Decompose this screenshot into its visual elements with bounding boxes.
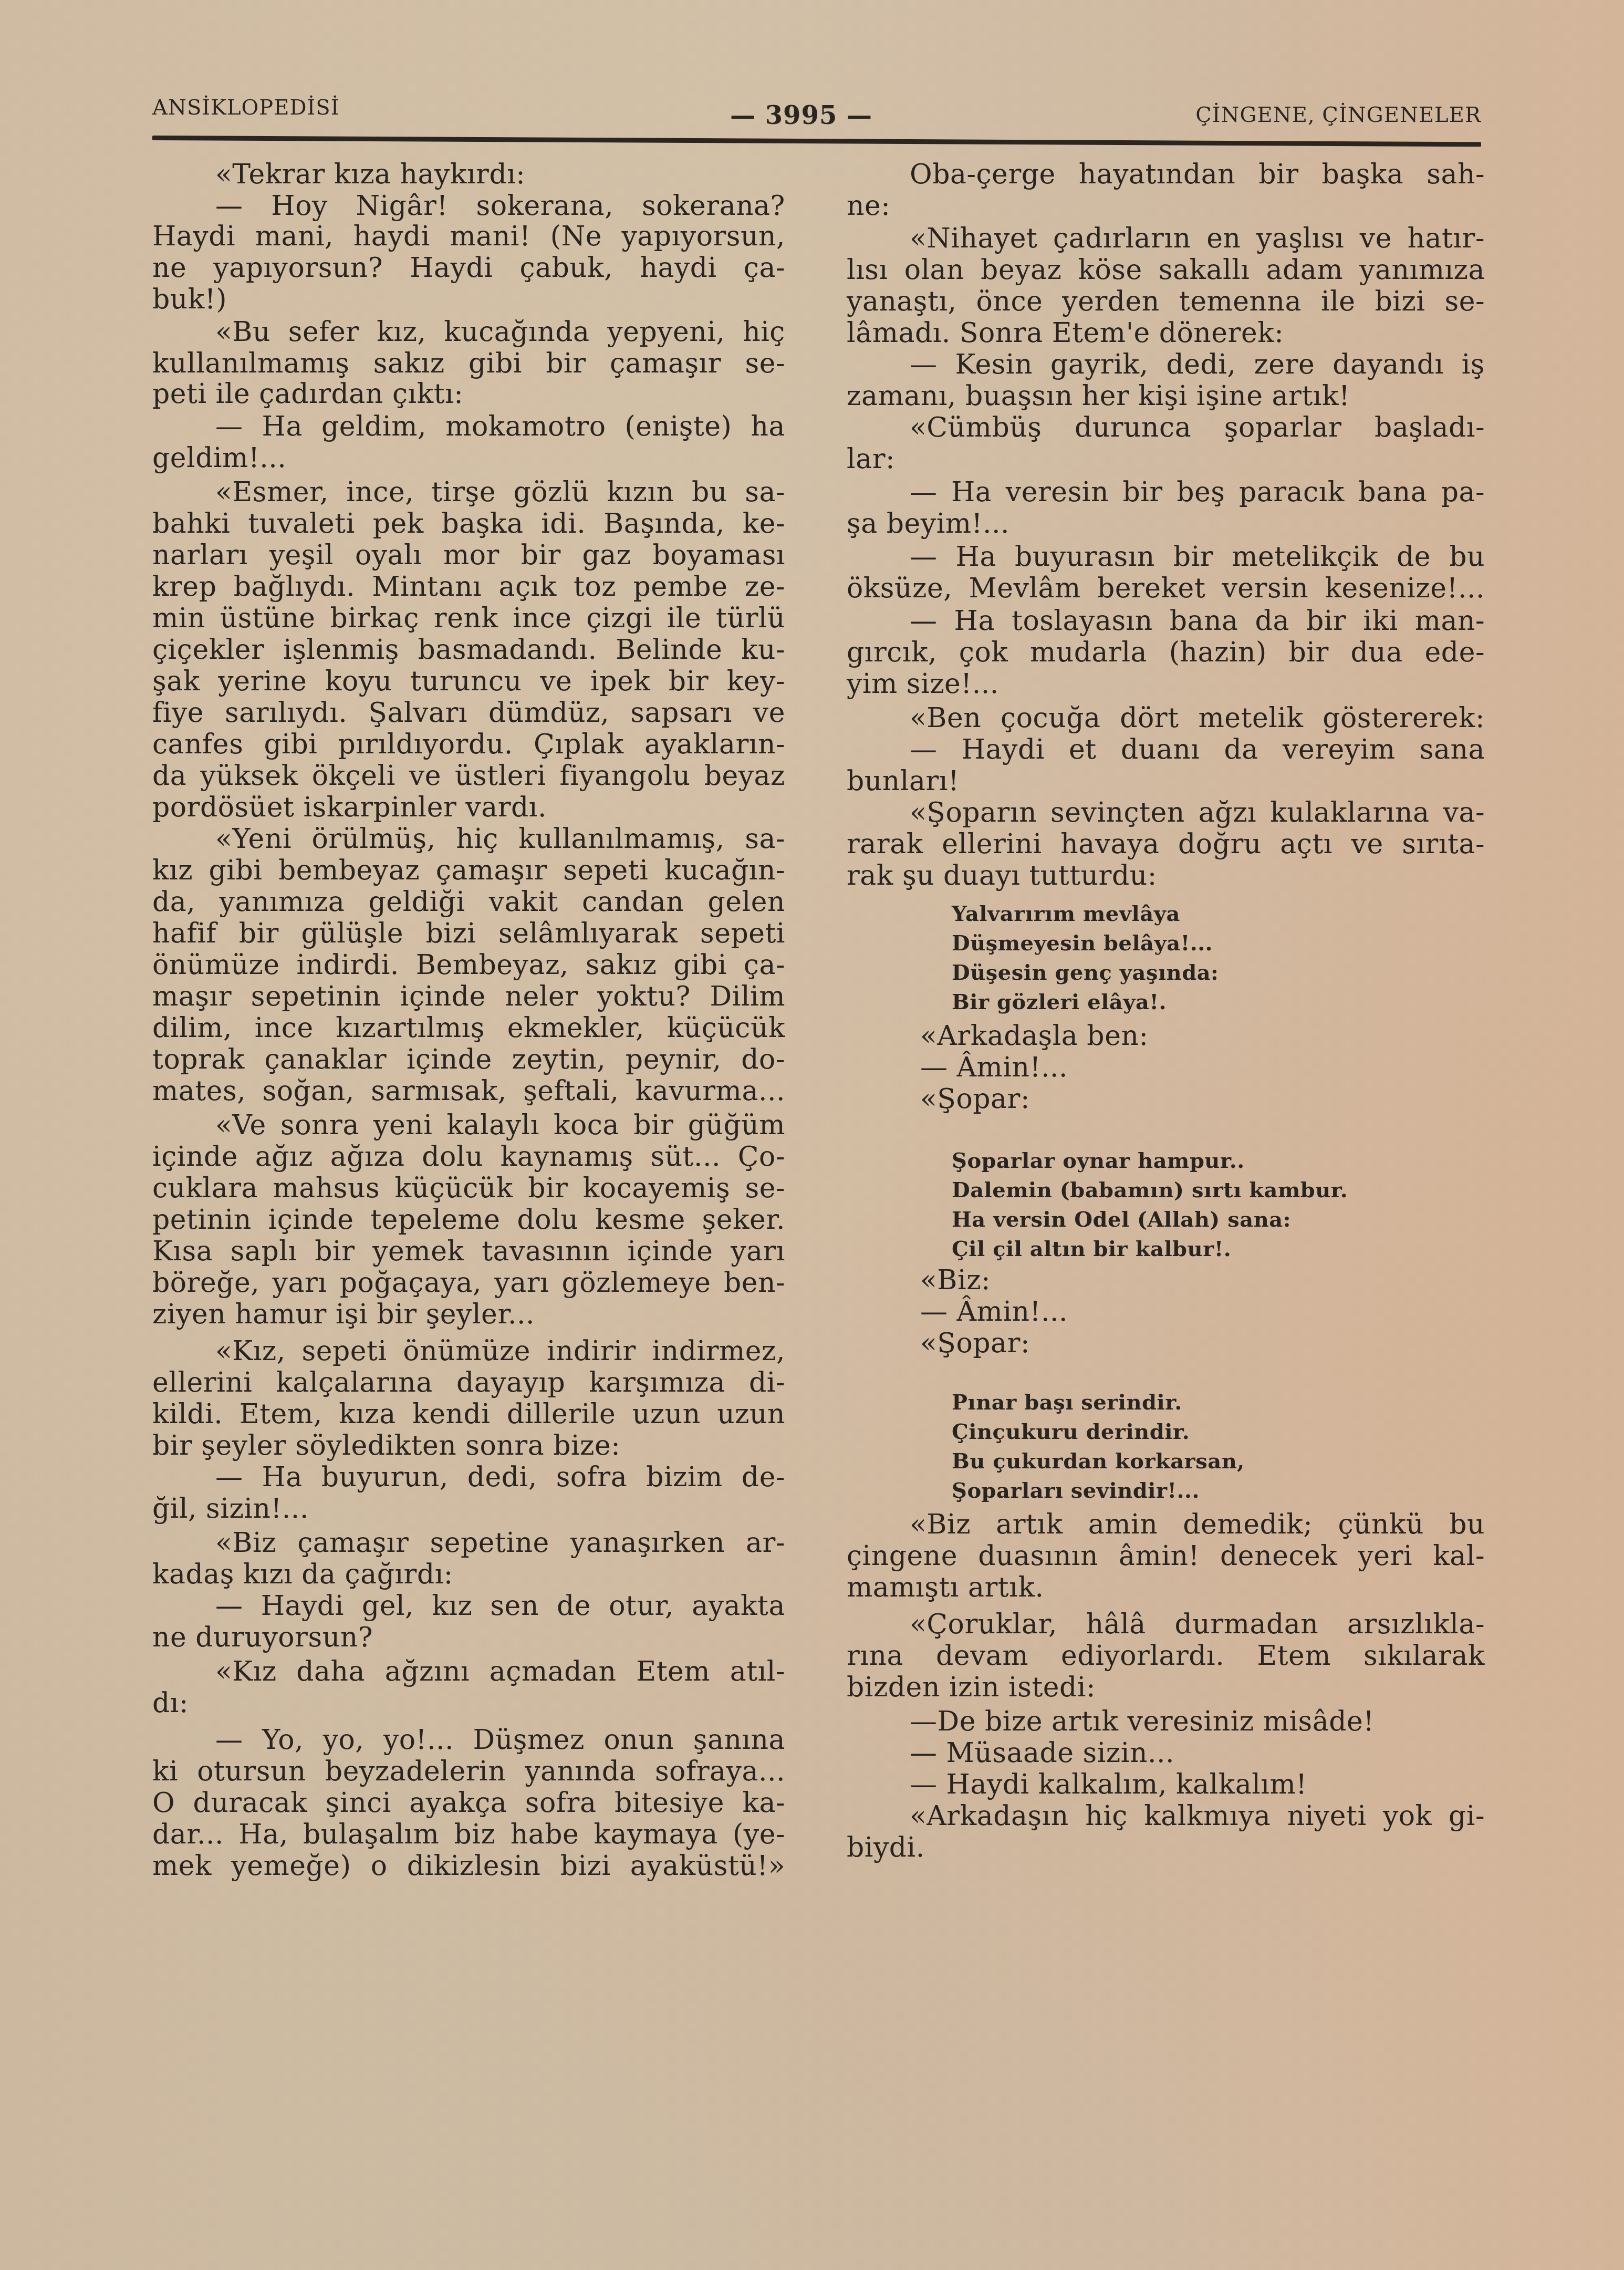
- text-line: çingene duasının âmin! denecek yeri kal-: [847, 1539, 1485, 1573]
- text-line: bir şeyler söyledikten sonra bize:: [152, 1429, 785, 1463]
- text-line: O duracak şinci ayakça sofra bitesiye ka…: [152, 1786, 785, 1820]
- text-line: «Arkadaşın hiç kalkmıya niyeti yok gi-: [847, 1799, 1485, 1833]
- text-line: «Nihayet çadırların en yaşlısı ve hatır-: [847, 222, 1485, 255]
- text-line: da yüksek ökçeli ve üstleri fiyangolu be…: [152, 759, 785, 793]
- text-line: gırcık, çok mudarla (hazin) bir dua ede-: [847, 636, 1485, 669]
- text-line: — Âmin!...: [847, 1051, 1485, 1084]
- text-line: bahki tuvaleti pek başka idi. Başında, k…: [152, 507, 785, 541]
- text-line: min üstüne birkaç renk ince çizgi ile tü…: [152, 602, 785, 635]
- text-line: ne:: [847, 189, 1485, 223]
- text-line: yanaştı, önce yerden temenna ile bizi se…: [847, 285, 1485, 318]
- verse-line: Dalemin (babamın) sırtı kambur.: [952, 1175, 1348, 1206]
- page-number: — 3995 —: [730, 101, 872, 130]
- page-header: ANSİKLOPEDİSİ — 3995 — ÇİNGENE, ÇİNGENEL…: [152, 95, 1481, 137]
- verse-line: Pınar başı serindir.: [952, 1387, 1182, 1418]
- text-line: şak yerine koyu turuncu ve ipek bir key-: [152, 665, 785, 698]
- text-line: «Şoparın sevinçten ağzı kulaklarına va-: [847, 796, 1485, 830]
- text-line: maşır sepetinin içinde neler yoktu? Dili…: [152, 980, 785, 1013]
- text-line: kildi. Etem, kıza kendi dillerile uzun u…: [152, 1397, 785, 1431]
- text-line: ki otursun beyzadelerin yanında sofraya.…: [152, 1755, 785, 1788]
- text-line: zamanı, buaşsın her kişi işine artık!: [847, 379, 1485, 413]
- text-line: «Tekrar kıza haykırdı:: [152, 158, 785, 191]
- text-line: «Şopar:: [847, 1082, 1485, 1116]
- text-line: bunları!: [847, 764, 1485, 798]
- text-line: böreğe, yarı poğaçaya, yarı gözlemeye be…: [152, 1266, 785, 1300]
- text-line: toprak çanaklar içinde zeytin, peynir, d…: [152, 1043, 785, 1076]
- text-line: «Çoruklar, hâlâ durmadan arsızlıkla-: [847, 1608, 1485, 1641]
- text-line: dilim, ince kızartılmış ekmekler, küçücü…: [152, 1011, 785, 1045]
- text-line: «Biz artık amin demedik; çünkü bu: [847, 1508, 1485, 1541]
- text-line: ne yapıyorsun? Haydi çabuk, haydi ça-: [152, 251, 785, 285]
- text-line: pordösüet iskarpinler vardı.: [152, 791, 785, 824]
- text-line: «Arkadaşla ben:: [847, 1019, 1485, 1053]
- verse-line: Çinçukuru derindir.: [952, 1416, 1190, 1448]
- text-line: «Esmer, ince, tirşe gözlü kızın bu sa-: [152, 475, 785, 509]
- text-line: hafif bir gülüşle bizi selâmlıyarak sepe…: [152, 917, 785, 950]
- text-line: petinin içinde tepeleme dolu kesme şeker…: [152, 1203, 785, 1237]
- text-line: —De bize artık veresiniz misâde!: [847, 1705, 1485, 1738]
- text-line: rak şu duayı tutturdu:: [847, 859, 1485, 893]
- text-line: — Kesin gayrik, dedi, zere dayandı iş: [847, 348, 1485, 381]
- text-line: buk!): [152, 283, 785, 316]
- text-line: kadaş kızı da çağırdı:: [152, 1558, 785, 1591]
- text-line: Haydi mani, haydi mani! (Ne yapıyorsun,: [152, 220, 785, 253]
- text-line: «Ben çocuğa dört metelik göstererek:: [847, 701, 1485, 735]
- text-line: lâmadı. Sonra Etem'e dönerek:: [847, 316, 1485, 350]
- text-line: bizden izin istedi:: [847, 1671, 1485, 1704]
- text-line: ne duruyorsun?: [152, 1621, 785, 1654]
- text-line: — Ha veresin bir beş paracık bana pa-: [847, 475, 1485, 509]
- text-line: — Ha buyurun, dedi, sofra bizim de-: [152, 1460, 785, 1494]
- verse-line: Bu çukurdan korkarsan,: [952, 1446, 1245, 1477]
- text-line: geldim!...: [152, 441, 785, 475]
- text-line: şa beyim!...: [847, 507, 1485, 541]
- text-line: rına devam ediyorlardı. Etem sıkılarak: [847, 1639, 1485, 1673]
- verse-line: Ha versin Odel (Allah) sana:: [952, 1204, 1291, 1236]
- text-line: ellerini kalçalarına dayayıp karşımıza d…: [152, 1366, 785, 1400]
- text-line: «Bu sefer kız, kucağında yepyeni, hiç: [152, 315, 785, 349]
- text-line: «Biz çamaşır sepetine yanaşırken ar-: [152, 1526, 785, 1560]
- verse-line: Şoparlar oynar hampur..: [952, 1145, 1245, 1177]
- text-line: lısı olan beyaz köse sakallı adam yanımı…: [847, 253, 1485, 287]
- text-line: — Âmin!...: [847, 1295, 1485, 1329]
- text-line: «Cümbüş durunca şoparlar başladı-: [847, 411, 1485, 444]
- text-line: «Biz:: [847, 1263, 1485, 1297]
- text-line: — Müsaade sizin...: [847, 1736, 1485, 1770]
- text-line: — Ha buyurasın bir metelikçik de bu: [847, 540, 1485, 574]
- text-line: peti ile çadırdan çıktı:: [152, 377, 785, 411]
- text-line: kız gibi bembeyaz çamaşır sepeti kucağın…: [152, 854, 785, 887]
- text-line: mates, soğan, sarmısak, şeftali, kavurma…: [152, 1074, 785, 1108]
- text-line: cuklara mahsus küçücük bir kocayemiş se-: [152, 1172, 785, 1205]
- text-line: rarak ellerini havaya doğru açtı ve sırı…: [847, 827, 1485, 861]
- text-line: da, yanımıza geldiği vakit candan gelen: [152, 885, 785, 919]
- text-line: «Kız daha ağzını açmadan Etem atıl-: [152, 1655, 785, 1688]
- text-line: yim size!...: [847, 667, 1485, 701]
- text-line: kullanılmamış sakız gibi bir çamaşır se-: [152, 347, 785, 380]
- text-line: — Haydi kalkalım, kalkalım!: [847, 1768, 1485, 1801]
- text-line: dı:: [152, 1686, 785, 1720]
- text-line: dar... Ha, bulaşalım biz habe kaymaya (y…: [152, 1818, 785, 1851]
- text-line: çiçekler işlenmiş basmadandı. Belinde ku…: [152, 633, 785, 667]
- text-line: — Yo, yo, yo!... Düşmez onun şanına: [152, 1723, 785, 1757]
- text-line: canfes gibi pırıldıyordu. Çıplak ayaklar…: [152, 728, 785, 761]
- verse-line: Bir gözleri elâya!.: [952, 987, 1167, 1018]
- text-line: «Yeni örülmüş, hiç kullanılmamış, sa-: [152, 822, 785, 856]
- text-line: — Haydi et duanı da vereyim sana: [847, 733, 1485, 766]
- text-line: fiye sarılıydı. Şalvarı dümdüz, sapsarı …: [152, 696, 785, 730]
- text-line: biydi.: [847, 1831, 1485, 1864]
- running-head-left: ANSİKLOPEDİSİ: [152, 96, 340, 120]
- text-line: ğil, sizin!...: [152, 1492, 785, 1526]
- text-line: mamıştı artık.: [847, 1571, 1485, 1604]
- text-line: «Ve sonra yeni kalaylı koca bir güğüm: [152, 1108, 785, 1142]
- verse-line: Yalvarırım mevlâya: [952, 898, 1180, 930]
- text-line: — Haydi gel, kız sen de otur, ayakta: [152, 1589, 785, 1623]
- text-line: ziyen hamur işi bir şeyler...: [152, 1298, 785, 1331]
- text-line: «Şopar:: [847, 1326, 1485, 1360]
- text-line: «Kız, sepeti önümüze indirir indirmez,: [152, 1334, 785, 1368]
- text-line: — Ha toslayasın bana da bir iki man-: [847, 604, 1485, 638]
- verse-line: Çil çil altın bir kalbur!.: [952, 1234, 1231, 1265]
- verse-line: Şoparları sevindir!...: [952, 1475, 1200, 1507]
- verse-line: Düşesin genç yaşında:: [952, 957, 1219, 989]
- text-line: önümüze indirdi. Bembeyaz, sakız gibi ça…: [152, 948, 785, 982]
- text-line: krep bağlıydı. Mintanı açık toz pembe ze…: [152, 570, 785, 604]
- text-line: Kısa saplı bir yemek tavasının içinde ya…: [152, 1235, 785, 1268]
- text-line: — Hoy Nigâr! sokerana, sokerana?: [152, 189, 785, 223]
- text-line: öksüze, Mevlâm bereket versin kesenize!.…: [847, 572, 1485, 605]
- text-line: içinde ağız ağıza dolu kaynamış süt... Ç…: [152, 1140, 785, 1174]
- running-head-right: ÇİNGENE, ÇİNGENELER: [1195, 103, 1481, 127]
- text-line: Oba-çerge hayatından bir başka sah-: [847, 158, 1485, 191]
- verse-line: Düşmeyesin belâya!...: [952, 928, 1213, 959]
- text-line: — Ha geldim, mokamotro (enişte) ha: [152, 410, 785, 443]
- text-line: lar:: [847, 442, 1485, 476]
- text-line: narları yeşil oyalı mor bir gaz boyaması: [152, 538, 785, 572]
- text-line: mek yemeğe) o dikizlesin bizi ayaküstü!»: [152, 1849, 785, 1883]
